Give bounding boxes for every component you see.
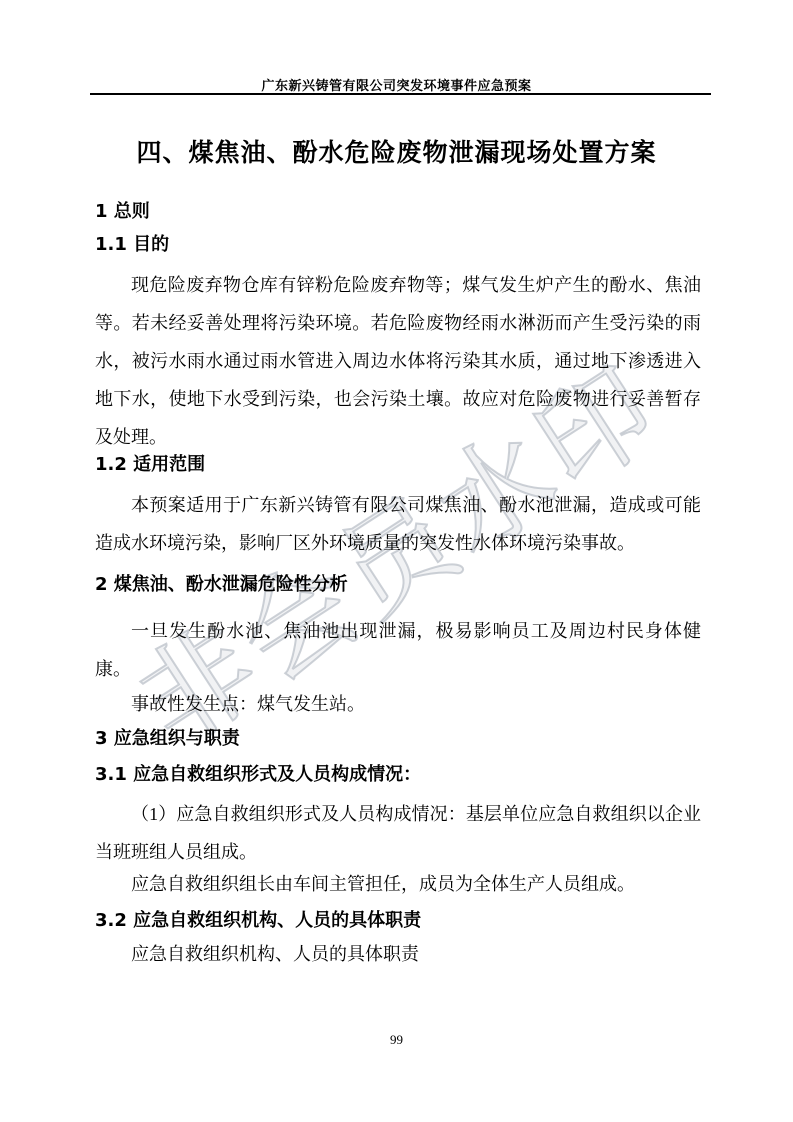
- heading-1-1-purpose: 1.1 目的: [95, 235, 701, 256]
- heading-1-2-scope: 1.2 适用范围: [95, 455, 701, 476]
- paragraph-accident-site: 事故性发生点：煤气发生站。: [95, 685, 701, 723]
- header-divider: [90, 93, 711, 95]
- heading-3-organization: 3 应急组织与职责: [95, 729, 701, 750]
- paragraph-3-1-formation: （1）应急自救组织形式及人员构成情况：基层单位应急自救组织以企业当班班组人员组成…: [95, 795, 701, 871]
- paragraph-3-2-duties: 应急自救组织机构、人员的具体职责: [95, 935, 701, 973]
- paragraph-3-1-leader: 应急自救组织组长由车间主管担任，成员为全体生产人员组成。: [95, 865, 701, 903]
- heading-1-general: 1 总则: [95, 202, 701, 223]
- heading-3-2-duties: 3.2 应急自救组织机构、人员的具体职责: [95, 911, 701, 932]
- paragraph-purpose: 现危险废弃物仓库有锌粉危险废弃物等；煤气发生炉产生的酚水、焦油等。若未经妥善处理…: [95, 266, 701, 456]
- page-header-title: 广东新兴铸管有限公司突发环境事件应急预案: [0, 75, 793, 94]
- document-title: 四、煤焦油、酚水危险废物泄漏现场处置方案: [0, 133, 793, 169]
- heading-2-risk-analysis: 2 煤焦油、酚水泄漏危险性分析: [95, 575, 701, 596]
- paragraph-risk-impact: 一旦发生酚水池、焦油池出现泄漏，极易影响员工及周边村民身体健康。: [95, 612, 701, 688]
- document-page: 广东新兴铸管有限公司突发环境事件应急预案 非会员水印 四、煤焦油、酚水危险废物泄…: [0, 0, 793, 1122]
- page-number: 99: [0, 1032, 793, 1048]
- heading-3-1-formation: 3.1 应急自救组织形式及人员构成情况：: [95, 765, 701, 786]
- paragraph-scope: 本预案适用于广东新兴铸管有限公司煤焦油、酚水池泄漏，造成或可能造成水环境污染，影…: [95, 486, 701, 562]
